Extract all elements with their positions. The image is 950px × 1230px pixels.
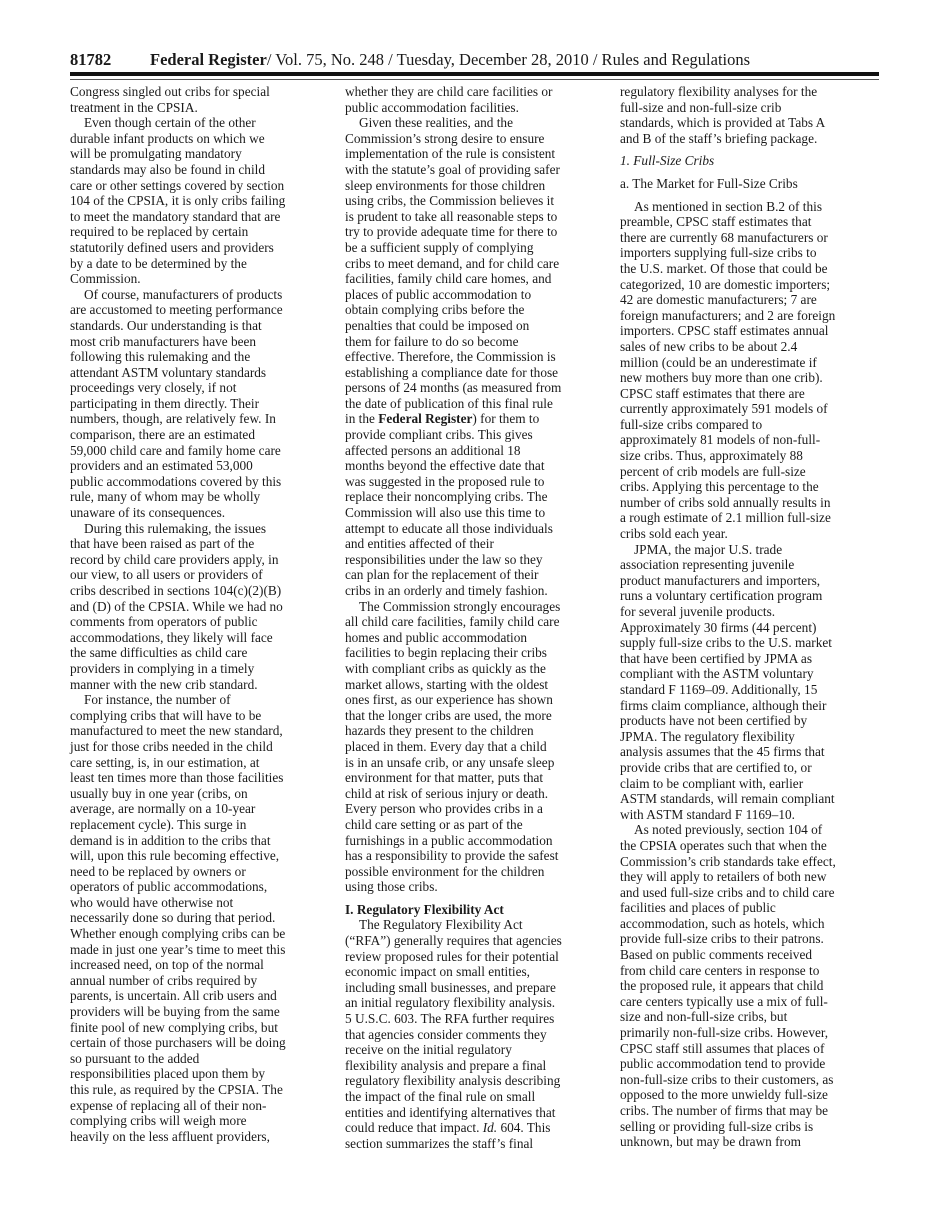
text-run: Commission’s strong desire to ensure [345, 131, 544, 146]
text-line: complying cribs will weigh more [70, 1113, 334, 1129]
text-line: attendant ASTM voluntary standards [70, 365, 334, 381]
text-line: penalties that could be imposed on [345, 318, 609, 334]
text-line: The Commission strongly encourages [345, 599, 609, 615]
text-run: that have been raised as part of the [70, 536, 254, 551]
text-run: As noted previously, section 104 of [634, 822, 822, 837]
text-line: will, upon this rule becoming effective, [70, 848, 334, 864]
text-line: cribs sold each year. [620, 526, 884, 542]
text-line: Commission will also use this time to [345, 505, 609, 521]
text-line: firms claim compliance, although their [620, 698, 884, 714]
text-line: hazards they present to the children [345, 723, 609, 739]
text-line: least ten times more than those faciliti… [70, 770, 334, 786]
text-run: approximately 81 models of non-full- [620, 432, 820, 447]
text-line: product manufacturers and importers, [620, 573, 884, 589]
text-line: places of public accommodation to [345, 287, 609, 303]
text-line: sales of new cribs to be about 2.4 [620, 339, 884, 355]
text-run: whether they are child care facilities o… [345, 84, 552, 99]
text-run: complying cribs that will have to be [70, 708, 261, 723]
text-run: care setting, is, in our estimation, at [70, 755, 259, 770]
text-run: cribs in an orderly and timely fashion. [345, 583, 548, 598]
text-run: effective. Therefore, the Commission is [345, 349, 556, 364]
text-line: with the statute’s goal of providing saf… [345, 162, 609, 178]
text-run: review proposed rules for their potentia… [345, 949, 559, 964]
text-run: regulatory flexibility analyses for the [620, 84, 817, 99]
text-run: opposed to the more unwieldy full-size [620, 1087, 828, 1102]
text-run: Commission will also use this time to [345, 505, 545, 520]
text-run: necessarily done so during that period. [70, 910, 275, 925]
text-run: runs a voluntary certification program [620, 588, 822, 603]
text-run: this rule, as required by the CPSIA. The [70, 1082, 283, 1097]
text-run: number of cribs sold annually results in [620, 495, 831, 510]
text-run: size and non-full-size cribs, but [620, 1009, 787, 1024]
text-run: ) for them to [472, 411, 539, 426]
running-header: 81782Federal Register/ Vol. 75, No. 248 … [70, 48, 879, 72]
text-run: certain of those purchasers will be doin… [70, 1035, 286, 1050]
text-line: public accommodation tend to provide [620, 1056, 884, 1072]
text-line: As mentioned in section B.2 of this [620, 199, 884, 215]
text-run: will be promulgating mandatory [70, 146, 242, 161]
text-line: care or other settings covered by sectio… [70, 178, 334, 194]
text-line: and entities affected of their [345, 536, 609, 552]
text-run: there are currently 68 manufacturers or [620, 230, 828, 245]
text-line: accommodation, such as hotels, which [620, 916, 884, 932]
text-line: from child care centers in response to [620, 963, 884, 979]
text-run: with the statute’s goal of providing saf… [345, 162, 560, 177]
text-run: with ASTM standard F 1169–10. [620, 807, 795, 822]
text-line: During this rulemaking, the issues [70, 521, 334, 537]
text-line: market allows, starting with the oldest [345, 677, 609, 693]
text-run: replacement cycle). This surge in [70, 817, 246, 832]
text-run: Commission’s crib standards take effect, [620, 854, 836, 869]
text-run: preamble, CPSC staff estimates that [620, 214, 811, 229]
text-line: record by child care providers apply, in [70, 552, 334, 568]
text-run: facilities to begin replacing their crib… [345, 645, 547, 660]
text-line: care centers typically use a mix of full… [620, 994, 884, 1010]
text-run: all child care facilities, family child … [345, 614, 560, 629]
text-run: 42 are domestic manufacturers; 7 are [620, 292, 817, 307]
text-line: most crib manufacturers have been [70, 334, 334, 350]
paragraph-gap [620, 146, 884, 153]
text-line: has a responsibility to provide the safe… [345, 848, 609, 864]
text-line: Of course, manufacturers of products [70, 287, 334, 303]
text-line: a rough estimate of 2.1 million full-siz… [620, 510, 884, 526]
text-line: the U.S. market. Of those that could be [620, 261, 884, 277]
text-run: claim to be compliant with, earlier [620, 776, 803, 791]
text-line: full-size and non-full-size crib [620, 100, 884, 116]
text-line: percent of crib models are full-size [620, 464, 884, 480]
text-line: JPMA, the major U.S. trade [620, 542, 884, 558]
text-line: selling or providing full-size cribs is [620, 1119, 884, 1135]
text-line: standards. Our understanding is that [70, 318, 334, 334]
text-line: is in an unsafe crib, or any unsafe slee… [345, 755, 609, 771]
text-run: demand is in addition to the cribs that [70, 833, 271, 848]
text-run: currently approximately 591 models of [620, 401, 828, 416]
text-run: manufactured to meet the new standard, [70, 723, 283, 738]
text-line: homes and public accommodation [345, 630, 609, 646]
text-run: The Commission strongly encourages [359, 599, 560, 614]
text-run: full-size and non-full-size crib [620, 100, 781, 115]
text-line: parents, is uncertain. All crib users an… [70, 988, 334, 1004]
text-line: just for those cribs needed in the child [70, 739, 334, 755]
text-run: by a date to be determined by the [70, 256, 247, 271]
text-run: penalties that could be imposed on [345, 318, 529, 333]
text-run: public accommodation tend to provide [620, 1056, 825, 1071]
text-line: cribs in an orderly and timely fashion. [345, 583, 609, 599]
text-run: operators of public accommodations, [70, 879, 267, 894]
text-line: environment for that matter, puts that [345, 770, 609, 786]
text-run: treatment in the CPSIA. [70, 100, 198, 115]
text-line: them for failure to do so become [345, 334, 609, 350]
text-line: 59,000 child care and family home care [70, 443, 334, 459]
text-line: Commission. [70, 271, 334, 287]
text-line: was suggested in the proposed rule to [345, 474, 609, 490]
text-run: made in just one year’s time to meet thi… [70, 942, 285, 957]
text-run: attempt to educate all those individuals [345, 521, 553, 536]
text-line: obtain complying cribs before the [345, 302, 609, 318]
text-run: full-size cribs compared to [620, 417, 762, 432]
text-run: receive on the initial regulatory [345, 1042, 512, 1057]
text-line: importers supplying full-size cribs to [620, 245, 884, 261]
text-line: economic impact on small entities, [345, 964, 609, 980]
text-line: compliant with the ASTM voluntary [620, 666, 884, 682]
text-run: our view, to all users or providers of [70, 567, 263, 582]
text-line: in the Federal Register) for them to [345, 411, 609, 427]
publication-title: Federal Register [150, 50, 267, 69]
text-line: responsibilities under the law so they [345, 552, 609, 568]
text-line: months beyond the effective date that [345, 458, 609, 474]
text-run: and entities affected of their [345, 536, 494, 551]
text-line: standards may also be found in child [70, 162, 334, 178]
text-run: sales of new cribs to be about 2.4 [620, 339, 797, 354]
text-line: regulatory flexibility analysis describi… [345, 1073, 609, 1089]
text-run: hazards they present to the children [345, 723, 534, 738]
text-line: CPSC staff estimates that there are [620, 386, 884, 402]
text-run: could reduce that impact. [345, 1120, 483, 1135]
text-line: Approximately 30 firms (44 percent) [620, 620, 884, 636]
text-run: comparison, there are an estimated [70, 427, 255, 442]
text-line: with compliant cribs as quickly as the [345, 661, 609, 677]
text-run: are accustomed to meeting performance [70, 302, 283, 317]
text-run: standard F 1169–09. Additionally, 15 [620, 682, 817, 697]
text-run: firms claim compliance, although their [620, 698, 826, 713]
text-line: preamble, CPSC staff estimates that [620, 214, 884, 230]
text-line: replace their noncomplying cribs. The [345, 489, 609, 505]
text-run: be a sufficient supply of complying [345, 240, 533, 255]
text-line: including small businesses, and prepare [345, 980, 609, 996]
text-line: facilities to begin replacing their crib… [345, 645, 609, 661]
text-run: association representing juvenile [620, 557, 794, 572]
text-run: expense of replacing all of their non- [70, 1098, 266, 1113]
header-rule-thin [70, 79, 879, 80]
text-run: who would have otherwise not [70, 895, 233, 910]
text-line: with ASTM standard F 1169–10. [620, 807, 884, 823]
text-run: products have not been certified by [620, 713, 807, 728]
text-line: that the longer cribs are used, the more [345, 708, 609, 724]
text-run: the CPSIA operates such that when the [620, 838, 827, 853]
text-run: compliant with the ASTM voluntary [620, 666, 814, 681]
text-line: try to provide adequate time for there t… [345, 224, 609, 240]
text-run: try to provide adequate time for there t… [345, 224, 557, 239]
text-run: places of public accommodation to [345, 287, 531, 302]
text-run: Whether enough complying cribs can be [70, 926, 285, 941]
text-line: Whether enough complying cribs can be [70, 926, 334, 942]
text-line: the CPSIA operates such that when the [620, 838, 884, 854]
text-run: provide full-size cribs to their patrons… [620, 931, 824, 946]
text-line: ASTM standards, will remain compliant [620, 791, 884, 807]
text-line: our view, to all users or providers of [70, 567, 334, 583]
text-line: using cribs, the Commission believes it [345, 193, 609, 209]
text-run: child at risk of serious injury or death… [345, 786, 548, 801]
text-line: cribs. Applying this percentage to the [620, 479, 884, 495]
text-line: public accommodation facilities. [345, 100, 609, 116]
text-line: 104 of the CPSIA, it is only cribs faili… [70, 193, 334, 209]
text-run: a. The Market for Full-Size Cribs [620, 176, 798, 191]
text-run: from child care centers in response to [620, 963, 819, 978]
text-line: this rule, as required by the CPSIA. The [70, 1082, 334, 1098]
text-run: numbers, though, are relatively few. In [70, 411, 276, 426]
paragraph-gap [620, 169, 884, 176]
text-line: the date of publication of this final ru… [345, 396, 609, 412]
text-run: CPSC staff still assumes that places of [620, 1041, 824, 1056]
text-line: the proposed rule, it appears that child [620, 978, 884, 994]
text-run: that have been certified by JPMA as [620, 651, 812, 666]
text-line: opposed to the more unwieldy full-size [620, 1087, 884, 1103]
text-line: can plan for the replacement of their [345, 567, 609, 583]
text-run: heavily on the less affluent providers, [70, 1129, 270, 1144]
text-run: for several juvenile products. [620, 604, 775, 619]
text-run: finite pool of new complying cribs, but [70, 1020, 278, 1035]
text-run: will, upon this rule becoming effective, [70, 848, 279, 863]
text-run: public accommodation facilities. [345, 100, 519, 115]
text-run: During this rulemaking, the issues [84, 521, 266, 536]
text-run: a rough estimate of 2.1 million full-siz… [620, 510, 831, 525]
text-line: facilities, family child care homes, and [345, 271, 609, 287]
text-run: environment for that matter, puts that [345, 770, 543, 785]
text-run: cribs to meet demand, and for child care [345, 256, 559, 271]
text-run: replace their noncomplying cribs. The [345, 489, 547, 504]
text-run: standards may also be found in child [70, 162, 265, 177]
text-run: following this rulemaking and the [70, 349, 250, 364]
text-run: market allows, starting with the oldest [345, 677, 548, 692]
text-line: to meet the mandatory standard that are [70, 209, 334, 225]
text-run: homes and public accommodation [345, 630, 527, 645]
text-run: affected persons an additional 18 [345, 443, 521, 458]
text-line: and B of the staff’s briefing package. [620, 131, 884, 147]
text-run: record by child care providers apply, in [70, 552, 278, 567]
text-run: proceedings very closely, if not [70, 380, 236, 395]
text-line: categorized, 10 are domestic importers; [620, 277, 884, 293]
text-run: was suggested in the proposed rule to [345, 474, 544, 489]
text-line: furnishings in a public accommodation [345, 833, 609, 849]
text-line: operators of public accommodations, [70, 879, 334, 895]
text-line: comparison, there are an estimated [70, 427, 334, 443]
text-run: responsibilities placed upon them by [70, 1066, 265, 1081]
text-line: placed in them. Every day that a child [345, 739, 609, 755]
text-run: care or other settings covered by sectio… [70, 178, 284, 193]
text-run: furnishings in a public accommodation [345, 833, 553, 848]
text-line: attempt to educate all those individuals [345, 521, 609, 537]
text-line: analysis assumes that the 45 firms that [620, 744, 884, 760]
header-rule-thick [70, 72, 879, 76]
text-run: possible environment for the children [345, 864, 544, 879]
text-line: receive on the initial regulatory [345, 1042, 609, 1058]
text-run: using those cribs. [345, 879, 438, 894]
text-run: Congress singled out cribs for special [70, 84, 270, 99]
text-line: size and non-full-size cribs, but [620, 1009, 884, 1025]
text-run: providers will be buying from the same [70, 1004, 280, 1019]
text-run: unaware of its consequences. [70, 505, 225, 520]
text-run: annual number of cribs required by [70, 973, 257, 988]
text-line: review proposed rules for their potentia… [345, 949, 609, 965]
text-run: 59,000 child care and family home care [70, 443, 281, 458]
text-run: Every person who provides cribs in a [345, 801, 543, 816]
text-run: analysis assumes that the 45 firms that [620, 744, 825, 759]
text-line: accommodations, they likely will face [70, 630, 334, 646]
text-line: child care setting or as part of the [345, 817, 609, 833]
text-run: just for those cribs needed in the child [70, 739, 273, 754]
text-line: expense of replacing all of their non- [70, 1098, 334, 1114]
text-run: supply full-size cribs to the U.S. marke… [620, 635, 832, 650]
text-line: entities and identifying alternatives th… [345, 1105, 609, 1121]
text-run: facilities, family child care homes, and [345, 271, 551, 286]
text-run: Commission. [70, 271, 141, 286]
text-line: made in just one year’s time to meet thi… [70, 942, 334, 958]
text-line: 5 U.S.C. 603. The RFA further requires [345, 1011, 609, 1027]
publication-name-bold: Federal Register [378, 411, 472, 426]
text-run: the U.S. market. Of those that could be [620, 261, 828, 276]
text-line: all child care facilities, family child … [345, 614, 609, 630]
text-line: a. The Market for Full-Size Cribs [620, 176, 884, 192]
text-line: an initial regulatory flexibility analys… [345, 995, 609, 1011]
text-line: care setting, is, in our estimation, at [70, 755, 334, 771]
text-run: public accommodations covered by this [70, 474, 281, 489]
text-run: manner with the new crib standard. [70, 677, 258, 692]
section-heading: I. Regulatory Flexibility Act [345, 902, 609, 918]
text-run: ASTM standards, will remain compliant [620, 791, 835, 806]
text-line: the same difficulties as child care [70, 645, 334, 661]
text-line: numbers, though, are relatively few. In [70, 411, 334, 427]
page-number: 81782 [70, 48, 150, 72]
text-line: million (could be an underestimate if [620, 355, 884, 371]
text-line: number of cribs sold annually results in [620, 495, 884, 511]
text-run: child care setting or as part of the [345, 817, 523, 832]
text-line: possible environment for the children [345, 864, 609, 880]
text-line: using those cribs. [345, 879, 609, 895]
text-line: CPSC staff still assumes that places of [620, 1041, 884, 1057]
text-run: ones first, as our experience has shown [345, 692, 553, 707]
text-run: CPSC staff estimates that there are [620, 386, 805, 401]
text-run: size cribs. Thus, approximately 88 [620, 448, 803, 463]
text-run: million (could be an underestimate if [620, 355, 817, 370]
text-run: average, are normally on a 10-year [70, 801, 255, 816]
text-run: least ten times more than those faciliti… [70, 770, 283, 785]
text-run: economic impact on small entities, [345, 964, 530, 979]
text-line: non-full-size cribs to their customers, … [620, 1072, 884, 1088]
text-line: average, are normally on a 10-year [70, 801, 334, 817]
text-run: flexibility analysis and prepare a final [345, 1058, 546, 1073]
text-run: As mentioned in section B.2 of this [634, 199, 822, 214]
text-run: attendant ASTM voluntary standards [70, 365, 266, 380]
text-line: provide cribs that are certified to, or [620, 760, 884, 776]
text-run: Given these realities, and the [359, 115, 513, 130]
text-line: standard F 1169–09. Additionally, 15 [620, 682, 884, 698]
text-run: facilities and places of public [620, 900, 776, 915]
text-run: non-full-size cribs to their customers, … [620, 1072, 833, 1087]
text-run: that agencies consider comments they [345, 1027, 547, 1042]
text-line: primarily non-full-size cribs. However, [620, 1025, 884, 1041]
text-line: be a sufficient supply of complying [345, 240, 609, 256]
text-run: providers in complying in a timely [70, 661, 254, 676]
text-run: persons of 24 months (as measured from [345, 380, 561, 395]
text-line: who would have otherwise not [70, 895, 334, 911]
text-run: comments from operators of public [70, 614, 258, 629]
text-run: durable infant products on which we [70, 131, 265, 146]
text-run: statutorily defined users and providers [70, 240, 274, 255]
text-column-3: regulatory flexibility analyses for thef… [620, 84, 884, 1150]
text-line: that have been certified by JPMA as [620, 651, 884, 667]
text-line: facilities and places of public [620, 900, 884, 916]
text-run: cribs described in sections 104(c)(2)(B) [70, 583, 281, 598]
text-line: unaware of its consequences. [70, 505, 334, 521]
text-run: importers. CPSC staff estimates annual [620, 323, 828, 338]
text-line: cribs described in sections 104(c)(2)(B) [70, 583, 334, 599]
text-run: categorized, 10 are domestic importers; [620, 277, 830, 292]
text-line: participating in them directly. Their [70, 396, 334, 412]
text-line: that have been raised as part of the [70, 536, 334, 552]
text-line: providers and an estimated 53,000 [70, 458, 334, 474]
text-line: and (D) of the CPSIA. While we had no [70, 599, 334, 615]
text-line: following this rulemaking and the [70, 349, 334, 365]
issue-citation: / Vol. 75, No. 248 / Tuesday, December 2… [267, 50, 750, 69]
text-line: providers in complying in a timely [70, 661, 334, 677]
text-line: usually buy in one year (cribs, on [70, 786, 334, 802]
text-run: need to be replaced by owners or [70, 864, 246, 879]
text-run: obtain complying cribs before the [345, 302, 524, 317]
text-line: JPMA. The regulatory flexibility [620, 729, 884, 745]
text-line: provide full-size cribs to their patrons… [620, 931, 884, 947]
text-run: the proposed rule, it appears that child [620, 978, 823, 993]
text-run: JPMA. The regulatory flexibility [620, 729, 795, 744]
text-line: there are currently 68 manufacturers or [620, 230, 884, 246]
text-line: products have not been certified by [620, 713, 884, 729]
text-run: standards, which is provided at Tabs A [620, 115, 825, 130]
text-run: to meet the mandatory standard that are [70, 209, 280, 224]
text-line: for several juvenile products. [620, 604, 884, 620]
text-run: JPMA, the major U.S. trade [634, 542, 782, 557]
subsection-heading: 1. Full-Size Cribs [620, 153, 884, 169]
text-run: with compliant cribs as quickly as the [345, 661, 546, 676]
text-line: standards, which is provided at Tabs A [620, 115, 884, 131]
text-run: implementation of the rule is consistent [345, 146, 555, 161]
text-run: cribs. The number of firms that may be [620, 1103, 828, 1118]
text-line: ones first, as our experience has shown [345, 692, 609, 708]
text-run: percent of crib models are full-size [620, 464, 806, 479]
text-run: parents, is uncertain. All crib users an… [70, 988, 277, 1003]
text-run: responsibilities under the law so they [345, 552, 543, 567]
text-run: months beyond the effective date that [345, 458, 545, 473]
text-run: and used full-size cribs and to child ca… [620, 885, 835, 900]
text-line: association representing juvenile [620, 557, 884, 573]
text-line: will be promulgating mandatory [70, 146, 334, 162]
text-run: section summarizes the staff’s final [345, 1136, 533, 1151]
text-line: child at risk of serious injury or death… [345, 786, 609, 802]
text-line: new mothers buy more than one crib). [620, 370, 884, 386]
text-run: the same difficulties as child care [70, 645, 247, 660]
text-line: durable infant products on which we [70, 131, 334, 147]
text-line: The Regulatory Flexibility Act [345, 917, 609, 933]
text-line: providers will be buying from the same [70, 1004, 334, 1020]
text-run: so pursuant to the added [70, 1051, 199, 1066]
